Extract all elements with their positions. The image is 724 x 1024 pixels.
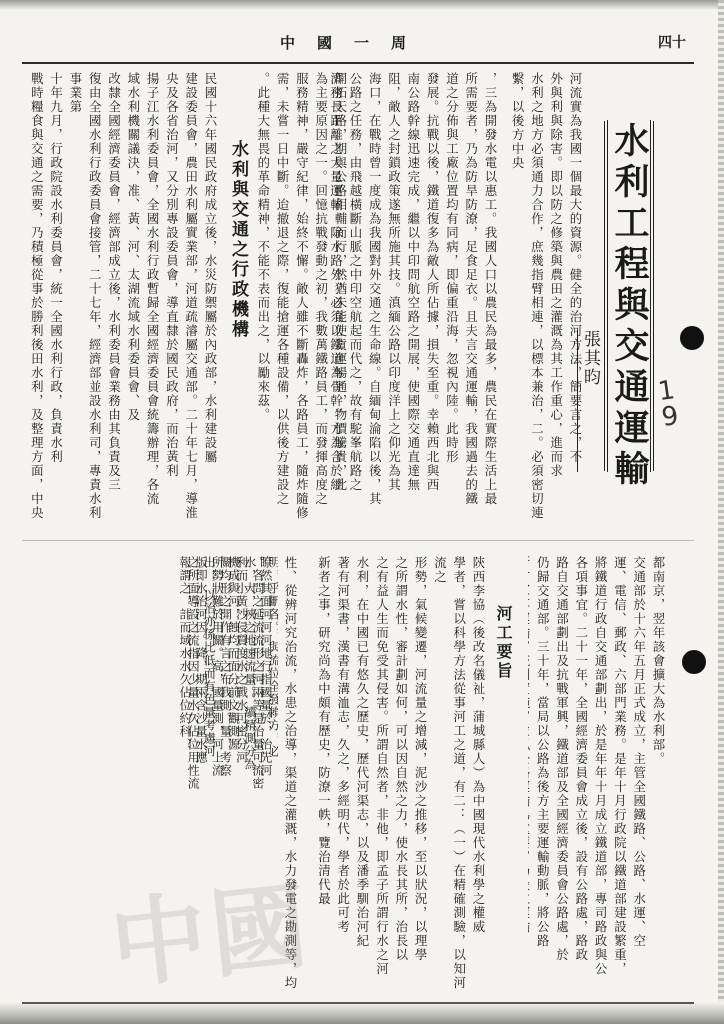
- text-column: 所有軍事運輸，統制實施，並以公路運輸為重要，乃設立運輸: [528, 556, 533, 996]
- text-column: 省與主要水利工程有三：一為整理航路，以便商，治二為擴充灌溉，以興農各: [505, 72, 508, 532]
- text-column: 域水利機關議決，准、黃、河、太湖流域水利委員會、及: [124, 72, 143, 532]
- text-column: 揚子江水利委員會，全國水利行政暫歸全國經濟委員會統籌辦理，各流: [143, 72, 162, 532]
- intro-text-block: 河流實為我國一個最大的資源。健全的治河方法，簡要言之，不 外與利與除害。即以防之…: [505, 72, 585, 532]
- text-column: 都南京，翌年該會擴大為水利部。: [649, 556, 668, 996]
- text-column: 需，未嘗一日中斷。迨撤退之際，復能搶運各種設備，以供後方建設之: [273, 72, 292, 532]
- text-column: 海口，在戰時曾一度成為我國對外交通之生命線。自緬甸淪陷以後，其: [365, 72, 384, 532]
- text-column: 發展。抗戰以後，鐵道復多為敵人所佔據，損失至重。幸賴西北與西: [423, 72, 442, 532]
- admin-text-block: 民國十六年國民政府成立後，水災防禦屬於內政部，水利建設屬 建設委員會，農田水利屬…: [28, 72, 220, 532]
- text-column: 學者，嘗以科學方法從事河工之道，有二：（一）在精確測驗，以知河流之: [430, 556, 469, 996]
- text-column: 道之分佈與工廠位置均有同病，即偏重沿海，忽視內陸。此時形: [442, 72, 461, 532]
- watermark: 中國: [103, 850, 316, 1007]
- text-column: 著有河渠書，漢書有溝洫志，久之，多經明代，學者於此可考: [333, 556, 352, 996]
- newspaper-page: 中國一周 四十 水利工程與交通運輸 張其昀 河流實為我國一個最大的資源。健全的治…: [0, 0, 724, 1024]
- text-column: 新者之事，研究尚為中頗有歷史，防潦一帙，覽治清代最: [314, 556, 333, 996]
- text-column: 形勢，氣候變遷，河流量之增減，泥沙之推移，至以狀況，以理學: [411, 556, 430, 996]
- text-column: 。此種大無畏的革命精神，不能不表而出之，以勵來茲。: [254, 72, 273, 532]
- text-column: 南公路幹線迅速完成，繼以中印問航空路之開展，使國際交通直達無: [404, 72, 423, 532]
- text-column: 外與利與除害。即以防之修築與農田之灌溉為其工作重心，進而求: [546, 72, 565, 532]
- text-column: 復由全國水利行政委員會接管，二十七年，經濟部並設水利司，專責水利事業第: [66, 72, 105, 532]
- transport-text-block: 都南京，翌年該會擴大為水利部。 交通部於十六年五月正式成立，主管全國鐵路、公路、…: [528, 556, 668, 996]
- tier-divider: [22, 540, 694, 541]
- text-column: 運、電信、郵政、六部門業務。是年十月行政院以鐵道部建設繁重，: [610, 556, 629, 996]
- text-column: 戰時糧食與交通之需要，乃積極從事於勝利後田水利，及整理方面，中央: [28, 72, 46, 532]
- text-column: 十年九月，行政院設水利委員會，統一全國水利行政，負責水利: [46, 72, 65, 532]
- section-heading-admin: 水利與交通之行政機構: [226, 140, 251, 340]
- punch-hole: [680, 326, 704, 350]
- text-column: 陝西李協（後改名儀祉，蒲城縣人）為中國現代水利學之權威: [469, 556, 488, 996]
- text-column: 仍歸交通部。三十年，當局以公路為後方主要運輸動脈，將公路: [533, 556, 552, 996]
- page-number: 四十: [658, 32, 686, 52]
- text-column: 為主要原因之一。回憶抗戰發動之初，我數萬鐵路員工，而發揮高度之: [311, 72, 330, 532]
- punch-hole: [682, 650, 706, 674]
- text-column: 服務精神，嚴守紀律，始終不懈。敵人雖不斷轟炸，各路員工，隨炸隨修: [292, 72, 311, 532]
- text-column: 之所謂水性，審計劃如何，可以因自然之力，使水長其所，治長以: [392, 556, 411, 996]
- text-column: 交通部於十六年五月正式成立，主管全國鐵路、公路、水運、空: [629, 556, 648, 996]
- text-column: 水利，在中國已有悠久之歷史，歷代河渠志，以及潘季馴治河紀: [353, 556, 372, 996]
- body-text-block-2: 開拓天路，期與公路相輔而行，然猶未能使貨運暢通，物價騰貴，此 為主要原因之一。回…: [250, 72, 350, 532]
- text-column: 改隸全國經濟委員會，經濟部成立後，水利委員會業務由其負責及三: [104, 72, 123, 532]
- text-column: 將鐵道行政自交通部劃出，於是年年十月成立鐵道部，專司路政與公: [591, 556, 610, 996]
- page-header: 中國一周 四十: [20, 30, 694, 64]
- text-column: ，三為開發水電以惠工。我國人口以農民為最多，農民在實際生活上最: [481, 72, 500, 532]
- text-column: 建設委員會，農田水利屬實業部，河道疏濬屬交通部。二十年七月，導淮: [181, 72, 200, 532]
- article-title: 水利工程與交通運輸: [610, 122, 648, 491]
- text-column: 開拓天路，期與公路相輔而行，然猶未能使貨運暢通，物價騰貴，此: [331, 72, 350, 532]
- scan-edge-bottom: [0, 1002, 724, 1024]
- text-column: 河流實為我國一個最大的資源。健全的治河方法，簡要言之，不: [566, 72, 585, 532]
- section-heading-river: 河工要旨: [492, 605, 515, 681]
- text-column: 路自交通部劃出及抗戰軍興，鐵道部及全國經濟委員會公路處，於: [552, 556, 571, 996]
- text-column: 各項事宜。二十一年，全國經濟委員會成立後，設有公路處，路政: [572, 556, 591, 996]
- text-column: 之有益人生而免受其侵害。所謂自然者，非他，即孟子所謂行水之河: [372, 556, 391, 996]
- scan-edge-top: [0, 0, 724, 10]
- river-text-block: 陝西李協（後改名儀祉，蒲城縣人）為中國現代水利學之權威 學者，嘗以科學方法從事河…: [372, 556, 488, 996]
- scan-edge-right: [718, 0, 724, 1024]
- text-column: 所需要者，乃為防旱防潦，足食足衣。且夫言交通運輸，我國過去的鐵: [461, 72, 480, 532]
- publication-title: 中國一周: [280, 32, 428, 53]
- text-column: 阻，敵人之封鎖政策遂無所施其技。滇緬公路以印度洋上之仰光為其: [384, 72, 403, 532]
- text-column: 央及各省治河，又分別專設委員會，導直隸於國民政府，而治黃利: [162, 72, 181, 532]
- text-column: 民國十六年國民政府成立後，水災防禦屬於內政部，水利建設屬: [201, 72, 220, 532]
- text-column: 水利之地方必須通力合作，庶幾指臂相連，以標本兼治，二。必須密切連繫，以後方中央: [508, 72, 547, 532]
- handwritten-annotation: 19: [656, 377, 680, 431]
- header-rule: [22, 62, 694, 64]
